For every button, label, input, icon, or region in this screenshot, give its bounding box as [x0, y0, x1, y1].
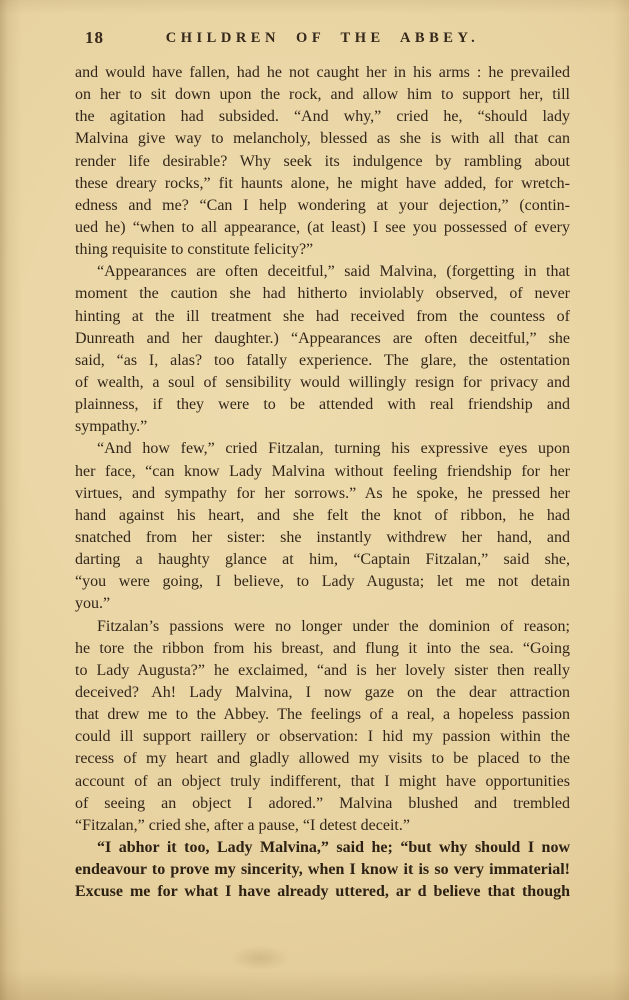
- text-line: thing requisite to constitute felicity?”: [75, 239, 570, 261]
- text-line: account of an object truly indifferent, …: [75, 771, 570, 793]
- text-line: recess of my heart and gladly allowed my…: [75, 748, 570, 770]
- paragraph: and would have fallen, had he not caught…: [75, 62, 570, 261]
- text-line: edness and me? “Can I help wondering at …: [75, 195, 570, 217]
- text-line: could ill support raillery or observatio…: [75, 726, 570, 748]
- text-line: Excuse me for what I have already uttere…: [75, 881, 570, 903]
- text-line: these dreary rocks,” fit haunts alone, h…: [75, 173, 570, 195]
- page-body: and would have fallen, had he not caught…: [75, 62, 570, 903]
- text-line: hinting at the ill treatment she had rec…: [75, 306, 570, 328]
- paragraph: “I abhor it too, Lady Malvina,” said he;…: [75, 837, 570, 903]
- text-line: snatched from her sister: she instantly …: [75, 527, 570, 549]
- text-line: he tore the ribbon from his breast, and …: [75, 638, 570, 660]
- text-line: that drew me to the Abbey. The feelings …: [75, 704, 570, 726]
- running-title: CHILDREN OF THE ABBEY.: [75, 30, 570, 47]
- page-header: 18 CHILDREN OF THE ABBEY.: [75, 28, 570, 52]
- text-line: Malvina give way to melancholy, blessed …: [75, 128, 570, 150]
- text-line: said, “as I, alas? too fatally experienc…: [75, 350, 570, 372]
- text-line: Fitzalan’s passions were no longer under…: [75, 616, 570, 638]
- text-line: moment the caution she had hitherto invi…: [75, 283, 570, 305]
- text-line: virtues, and sympathy for her sorrows.” …: [75, 483, 570, 505]
- text-line: to Lady Augusta?” he exclaimed, “and is …: [75, 660, 570, 682]
- paragraph: “Appearances are often deceitful,” said …: [75, 261, 570, 438]
- text-line: plainness, if they were to be attended w…: [75, 394, 570, 416]
- text-line: the agitation had subsided. “And why,” c…: [75, 106, 570, 128]
- text-line: and would have fallen, had he not caught…: [75, 62, 570, 84]
- text-line: render life desirable? Why seek its indu…: [75, 151, 570, 173]
- text-line: “you were going, I believe, to Lady Augu…: [75, 571, 570, 593]
- text-line: endeavour to prove my sincerity, when I …: [75, 859, 570, 881]
- text-line: hand against his heart, and she felt the…: [75, 505, 570, 527]
- text-line: “I abhor it too, Lady Malvina,” said he;…: [75, 837, 570, 859]
- text-line: sympathy.”: [75, 416, 570, 438]
- text-line: of wealth, a soul of sensibility would w…: [75, 372, 570, 394]
- text-line: her face, “can know Lady Malvina without…: [75, 461, 570, 483]
- paragraph: “And how few,” cried Fitzalan, turning h…: [75, 438, 570, 615]
- text-line: “Appearances are often deceitful,” said …: [75, 261, 570, 283]
- text-line: deceived? Ah! Lady Malvina, I now gaze o…: [75, 682, 570, 704]
- text-line: “And how few,” cried Fitzalan, turning h…: [75, 438, 570, 460]
- text-line: on her to sit down upon the rock, and al…: [75, 84, 570, 106]
- text-line: of seeing an object I adored.” Malvina b…: [75, 793, 570, 815]
- text-line: you.”: [75, 593, 570, 615]
- text-line: “Fitzalan,” cried she, after a pause, “I…: [75, 815, 570, 837]
- text-line: darting a haughty glance at him, “Captai…: [75, 549, 570, 571]
- text-line: Dunreath and her daughter.) “Appearances…: [75, 328, 570, 350]
- text-line: ued he) “when to all appearance, (at lea…: [75, 217, 570, 239]
- paragraph: Fitzalan’s passions were no longer under…: [75, 616, 570, 837]
- book-page-scan: 18 CHILDREN OF THE ABBEY. and would have…: [0, 0, 629, 1000]
